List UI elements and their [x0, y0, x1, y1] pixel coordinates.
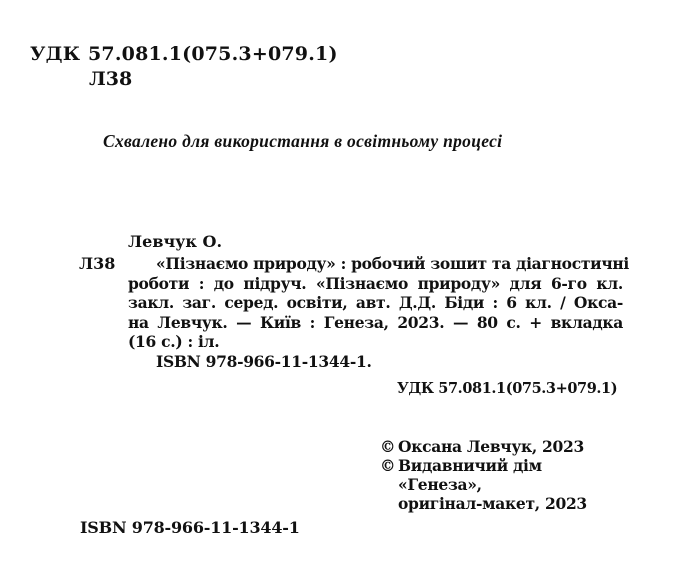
udk-label: УДК [30, 43, 88, 65]
approval-note: Схвалено для використання в освітньому п… [103, 131, 502, 152]
bib-line: на Левчук. — Київ : Генеза, 2023. — 80 с… [128, 313, 623, 333]
copyright-icon: © [380, 437, 398, 456]
catalog-isbn: ISBN 978-966-11-1344-1. [128, 352, 623, 372]
imprint-page: { "header": { "udk_label": "УДК", "udk_c… [0, 0, 699, 583]
copyright-icon: © [380, 456, 398, 475]
copyright-block: ©Оксана Левчук, 2023 ©Видавничий дім «Ге… [380, 437, 587, 513]
catalog-udk: УДК 57.081.1(075.3+079.1) [397, 380, 617, 397]
catalog-author: Левчук О. [128, 232, 222, 251]
bibliographic-description: «Пізнаємо природу» : робочий зошит та ді… [128, 254, 623, 371]
copyright-author: ©Оксана Левчук, 2023 [380, 437, 587, 456]
bib-line: роботи : до підруч. «Пізнаємо природу» д… [128, 274, 623, 294]
copyright-publisher: ©Видавничий дім «Генеза», оригінал-макет… [380, 456, 587, 513]
bib-line: закл. заг. серед. освіти, авт. Д.Д. Біди… [128, 293, 623, 313]
bib-line: «Пізнаємо природу» : робочий зошит та ді… [128, 254, 623, 274]
bib-line: (16 с.) : іл. [128, 332, 623, 352]
isbn: ISBN 978-966-11-1344-1 [80, 518, 300, 537]
author-index-mark: Л38 [89, 68, 132, 90]
catalog-author-index: Л38 [79, 254, 115, 273]
udk-classification: УДК57.081.1(075.3+079.1) [30, 43, 338, 65]
udk-code: 57.081.1(075.3+079.1) [88, 43, 338, 65]
